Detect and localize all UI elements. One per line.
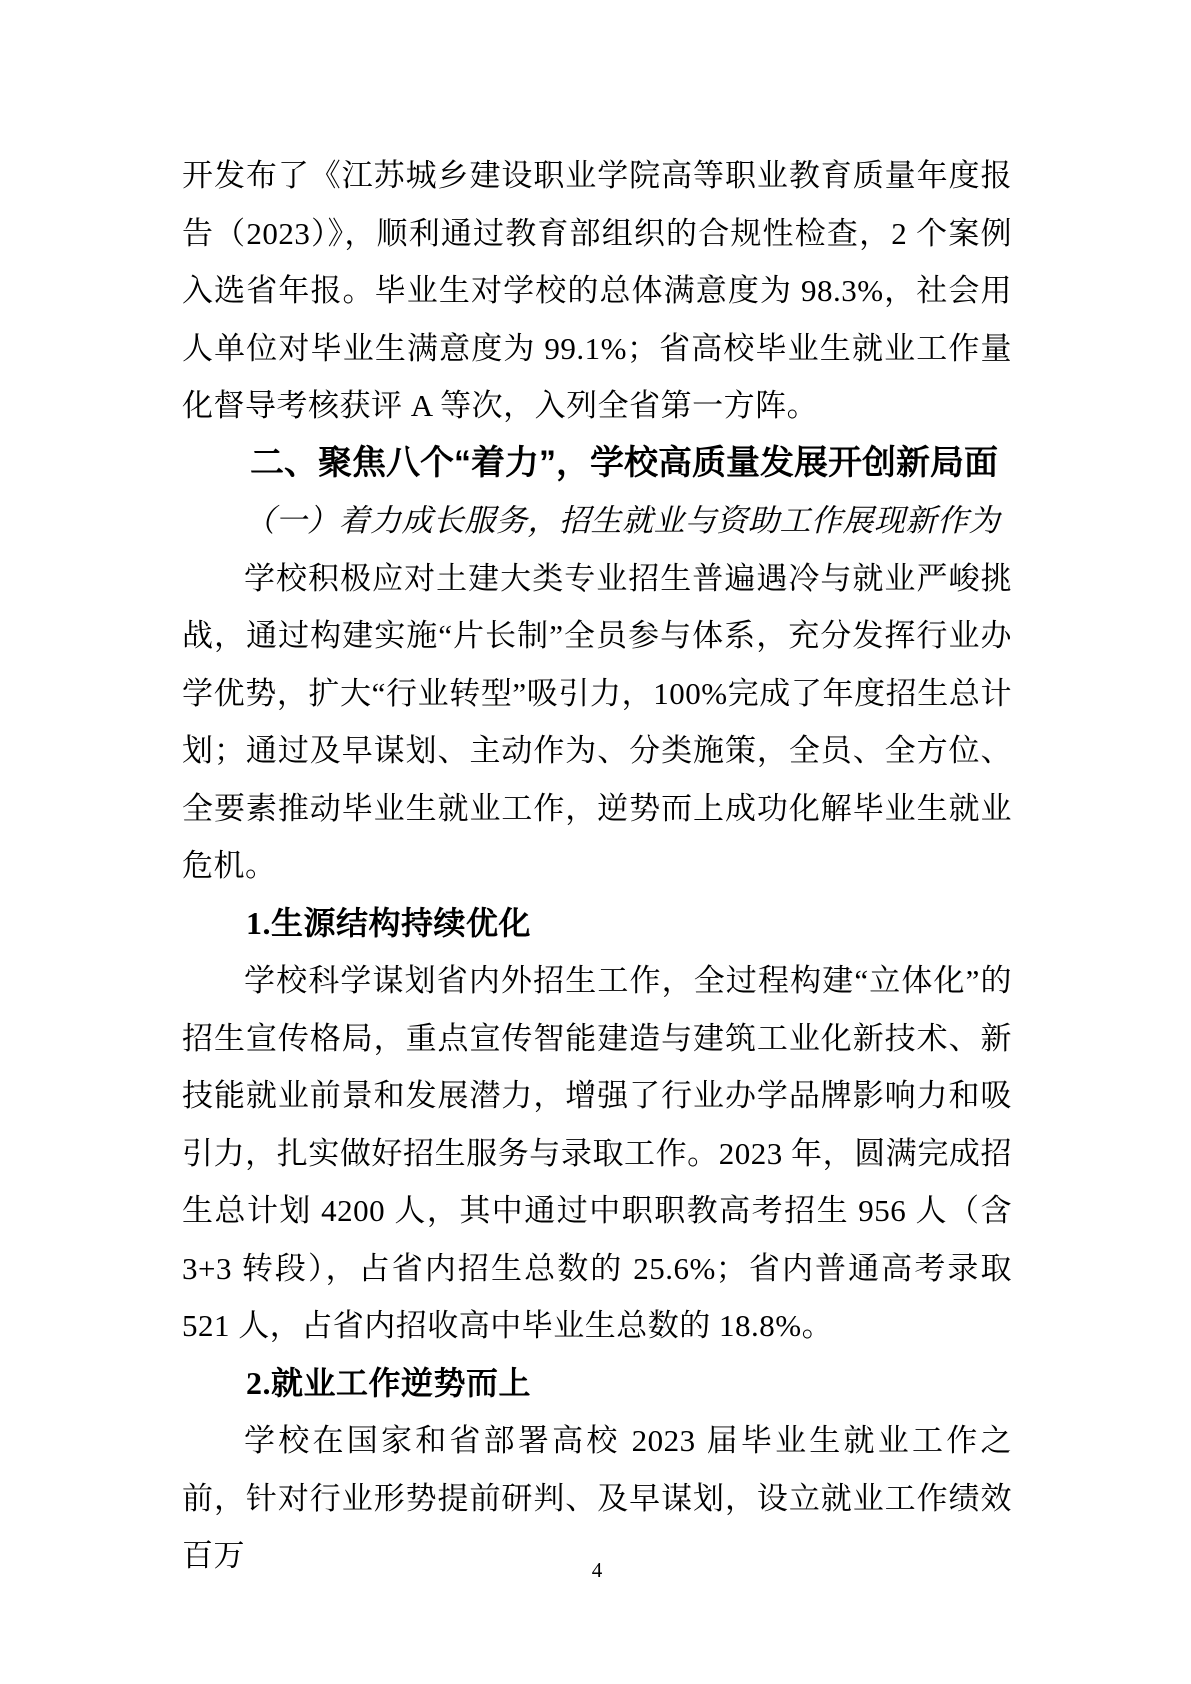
document-page: 开发布了《江苏城乡建设职业学院高等职业教育质量年度报告（2023）》，顺利通过教…	[0, 0, 1191, 1684]
section-heading: 二、聚焦八个“着力”，学校高质量发展开创新局面	[182, 435, 1012, 493]
paragraph: 学校科学谋划省内外招生工作，全过程构建“立体化”的招生宣传格局，重点宣传智能建造…	[182, 952, 1012, 1355]
numbered-heading-2: 2.就业工作逆势而上	[182, 1355, 1012, 1413]
paragraph-continuation: 开发布了《江苏城乡建设职业学院高等职业教育质量年度报告（2023）》，顺利通过教…	[182, 147, 1012, 435]
page-number: 4	[182, 1556, 1012, 1584]
subsection-heading: （一）着力成长服务，招生就业与资助工作展现新作为	[182, 492, 1012, 550]
numbered-heading-1: 1.生源结构持续优化	[182, 895, 1012, 953]
paragraph: 学校积极应对土建大类专业招生普遍遇冷与就业严峻挑战，通过构建实施“片长制”全员参…	[182, 550, 1012, 895]
document-body: 开发布了《江苏城乡建设职业学院高等职业教育质量年度报告（2023）》，顺利通过教…	[182, 147, 1012, 1585]
